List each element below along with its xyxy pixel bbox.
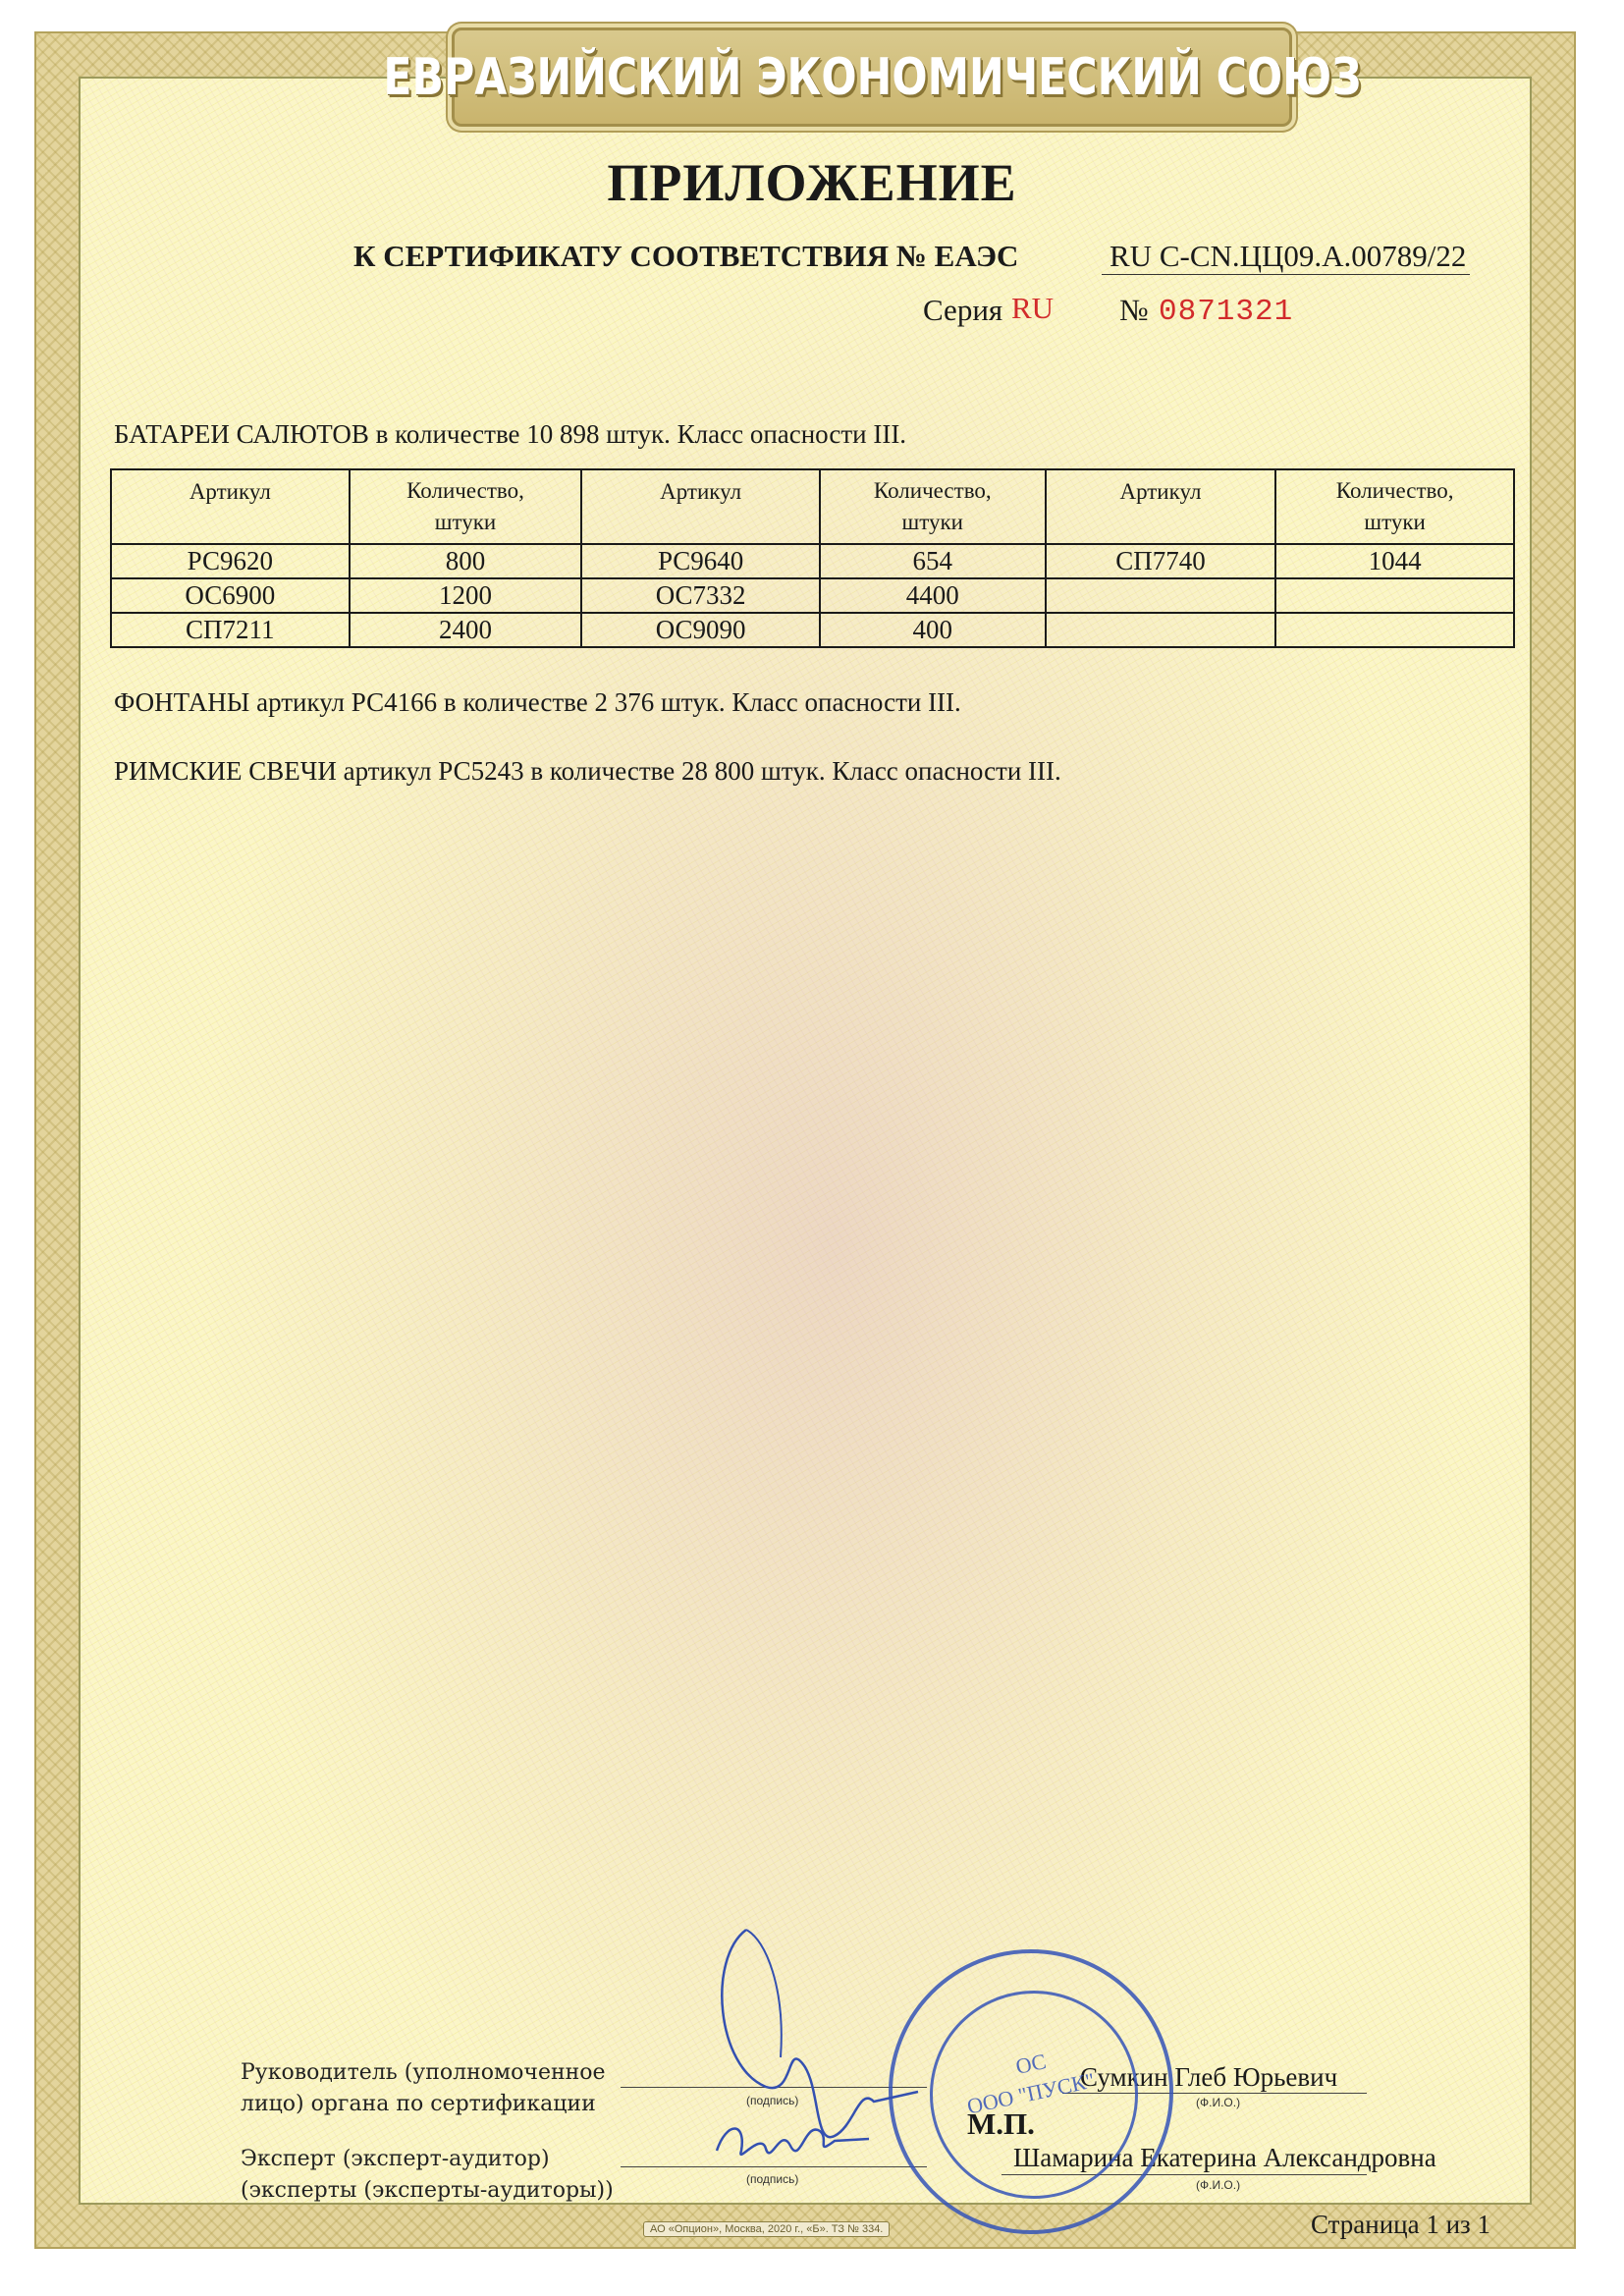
- table-cell: 400: [820, 613, 1046, 647]
- blank-number: 0871321: [1159, 295, 1293, 329]
- expert-label-line1: Эксперт (эксперт-аудитор): [241, 2147, 550, 2171]
- header-text: штуки: [351, 507, 581, 538]
- header-text: Артикул: [1047, 476, 1275, 508]
- expert-name-caption: (Ф.И.О.): [1196, 2178, 1240, 2192]
- table-cell: СП7740: [1046, 544, 1276, 578]
- header-text: Артикул: [112, 476, 349, 508]
- table-row: РС9620800РС9640654СП77401044: [111, 544, 1514, 578]
- table-row: ОС69001200ОС73324400: [111, 578, 1514, 613]
- organization-stamp: ОС ООО "ПУСК": [889, 1949, 1173, 2234]
- certificate-number: RU C-CN.ЦЦ09.А.00789/22: [1102, 239, 1470, 275]
- expert-signature-icon: [707, 2111, 874, 2170]
- header-text: Артикул: [582, 476, 819, 508]
- head-label-line2: лицо) органа по сертификации: [241, 2092, 596, 2116]
- printer-imprint: АО «Опцион», Москва, 2020 г., «Б». ТЗ № …: [643, 2221, 890, 2237]
- table-header-cell: Артикул: [581, 469, 820, 544]
- head-signature-icon: [687, 1920, 923, 2214]
- table-cell: 1200: [350, 578, 582, 613]
- header-text: штуки: [1276, 507, 1513, 538]
- table-cell: ОС9090: [581, 613, 820, 647]
- union-banner-text: ЕВРАЗИЙСКИЙ ЭКОНОМИЧЕСКИЙ СОЮЗ: [383, 48, 1361, 107]
- series-value: RU: [1011, 291, 1054, 326]
- header-text: Количество,: [1276, 475, 1513, 507]
- series-label: Серия: [923, 293, 1002, 328]
- table-cell: 4400: [820, 578, 1046, 613]
- number-label: №: [1119, 293, 1149, 328]
- expert-label-line2: (эксперты (эксперты-аудиторы)): [241, 2178, 614, 2203]
- batteries-description: БАТАРЕИ САЛЮТОВ в количестве 10 898 штук…: [114, 419, 906, 450]
- table-header-cell: Количество,штуки: [1275, 469, 1514, 544]
- table-cell: [1046, 613, 1276, 647]
- table-header-cell: Артикул: [111, 469, 350, 544]
- table-cell: [1275, 578, 1514, 613]
- union-banner: ЕВРАЗИЙСКИЙ ЭКОНОМИЧЕСКИЙ СОЮЗ: [452, 27, 1292, 127]
- table-cell: 654: [820, 544, 1046, 578]
- table-cell: РС9640: [581, 544, 820, 578]
- table-cell: [1275, 613, 1514, 647]
- certificate-label: К СЕРТИФИКАТУ СООТВЕТСТВИЯ № ЕАЭС: [353, 239, 1018, 274]
- table-cell: 1044: [1275, 544, 1514, 578]
- table-row: СП72112400ОС9090400: [111, 613, 1514, 647]
- fountains-description: ФОНТАНЫ артикул РС4166 в количестве 2 37…: [114, 687, 961, 718]
- page-title: ПРИЛОЖЕНИЕ: [0, 152, 1624, 213]
- header-text: Количество,: [351, 475, 581, 507]
- table-cell: ОС7332: [581, 578, 820, 613]
- candles-description: РИМСКИЕ СВЕЧИ артикул РС5243 в количеств…: [114, 756, 1061, 787]
- table-header-cell: Количество,штуки: [350, 469, 582, 544]
- header-text: Количество,: [821, 475, 1045, 507]
- head-name-caption: (Ф.И.О.): [1196, 2096, 1240, 2109]
- head-label-line1: Руководитель (уполномоченное: [241, 2060, 606, 2085]
- table-cell: [1046, 578, 1276, 613]
- table-cell: 800: [350, 544, 582, 578]
- table-cell: РС9620: [111, 544, 350, 578]
- header-text: штуки: [821, 507, 1045, 538]
- page-number: Страница 1 из 1: [1311, 2210, 1490, 2240]
- products-table: АртикулКоличество,штукиАртикулКоличество…: [110, 468, 1515, 648]
- certificate-body: [79, 77, 1532, 2205]
- table-header-cell: Артикул: [1046, 469, 1276, 544]
- seal-place-label: М.П.: [967, 2106, 1035, 2142]
- table-cell: ОС6900: [111, 578, 350, 613]
- table-header-cell: Количество,штуки: [820, 469, 1046, 544]
- table-header-row: АртикулКоличество,штукиАртикулКоличество…: [111, 469, 1514, 544]
- table-cell: СП7211: [111, 613, 350, 647]
- table-cell: 2400: [350, 613, 582, 647]
